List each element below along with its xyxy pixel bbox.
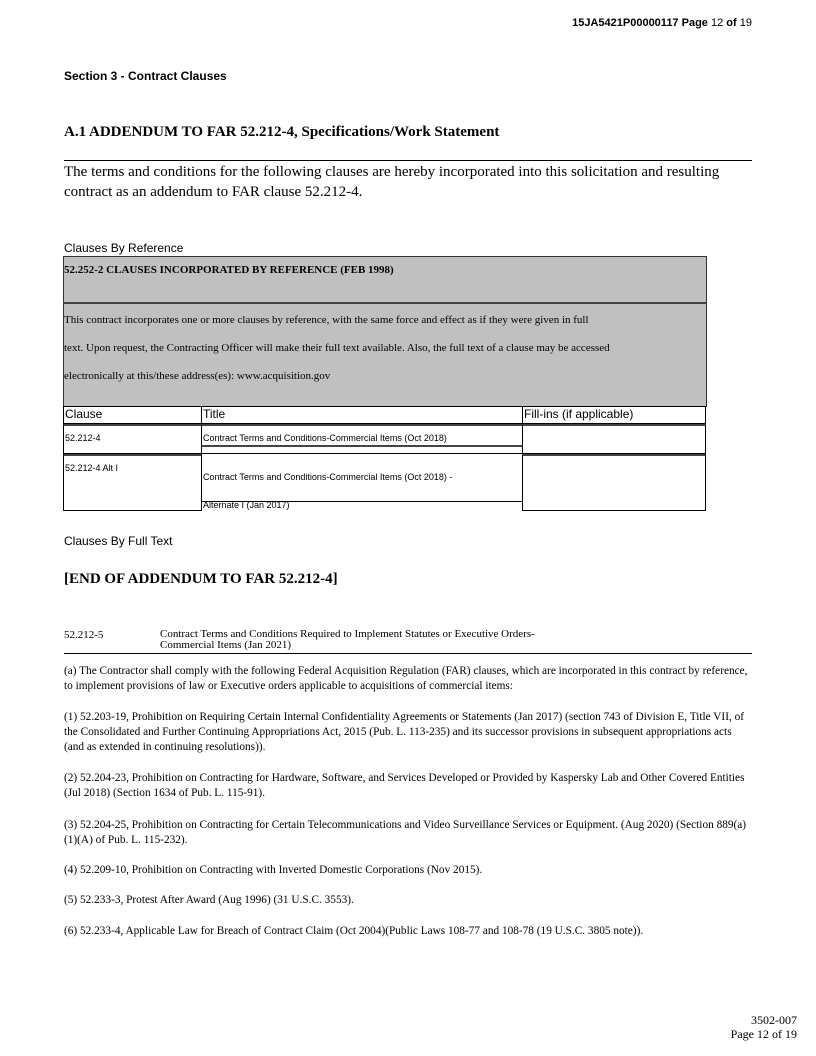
section-title: Section 3 - Contract Clauses: [64, 69, 227, 83]
cell-fillins: [522, 424, 706, 454]
clauses-by-full-text-label: Clauses By Full Text: [64, 534, 173, 548]
addendum-title: A.1 ADDENDUM TO FAR 52.212-4, Specificat…: [64, 124, 499, 141]
cell-title-line: Alternate I (Jan 2017): [203, 491, 522, 519]
clauses-by-reference-label: Clauses By Reference: [64, 241, 183, 255]
page-total: 19: [740, 17, 752, 29]
column-header-fillins: Fill-ins (if applicable): [522, 406, 706, 424]
clause-paragraph: (6) 52.233-4, Applicable Law for Breach …: [64, 924, 754, 939]
reference-clause-line: text. Upon request, the Contracting Offi…: [64, 334, 704, 362]
clause-number: 52.212-5: [64, 629, 103, 641]
form-number: 3502-007: [731, 1013, 797, 1027]
divider: [63, 302, 706, 304]
column-header-clause: Clause: [63, 406, 202, 424]
table-row: 52.212-4 Alt I Contract Terms and Condit…: [63, 454, 706, 511]
cell-title-line: Contract Terms and Conditions-Commercial…: [203, 463, 522, 491]
cell-clause: 52.212-4: [63, 424, 202, 454]
cell-clause: 52.212-4 Alt I: [63, 454, 202, 511]
page-footer: 3502-007 Page 12 of 19: [731, 1013, 797, 1041]
reference-clause-title: 52.252-2 CLAUSES INCORPORATED BY REFEREN…: [64, 264, 394, 276]
of-word: of: [726, 17, 736, 29]
clause-paragraph: (2) 52.204-23, Prohibition on Contractin…: [64, 771, 754, 801]
footer-page-number: Page 12 of 19: [731, 1027, 797, 1041]
page-current: 12: [711, 17, 723, 29]
cell-fillins: [522, 454, 706, 511]
page-word: Page: [682, 17, 708, 29]
reference-clause-line: electronically at this/these address(es)…: [64, 362, 704, 390]
addendum-intro: The terms and conditions for the followi…: [64, 162, 754, 202]
table-header-row: Clause Title Fill-ins (if applicable): [63, 406, 706, 424]
divider: [64, 653, 752, 654]
clause-title-line: Commercial Items (Jan 2021): [160, 640, 620, 651]
column-header-title: Title: [201, 406, 523, 424]
clause-title: Contract Terms and Conditions Required t…: [160, 629, 620, 651]
clause-paragraph: (3) 52.204-25, Prohibition on Contractin…: [64, 818, 754, 848]
cell-title: Contract Terms and Conditions-Commercial…: [201, 445, 523, 502]
clause-paragraph: (4) 52.209-10, Prohibition on Contractin…: [64, 863, 754, 878]
cell-title-line: Contract Terms and Conditions-Commercial…: [203, 433, 522, 443]
clause-paragraph: (1) 52.203-19, Prohibition on Requiring …: [64, 710, 754, 755]
reference-clause-text: This contract incorporates one or more c…: [64, 306, 704, 390]
page-header: 15JA5421P00000117 Page 12 of 19: [572, 17, 752, 29]
clause-paragraph: (5) 52.233-3, Protest After Award (Aug 1…: [64, 893, 754, 908]
divider: [64, 160, 752, 161]
reference-clause-line: This contract incorporates one or more c…: [64, 306, 704, 334]
doc-number: 15JA5421P00000117: [572, 17, 678, 29]
clause-paragraph: (a) The Contractor shall comply with the…: [64, 664, 754, 694]
end-addendum-title: [END OF ADDENDUM TO FAR 52.212-4]: [64, 571, 338, 588]
